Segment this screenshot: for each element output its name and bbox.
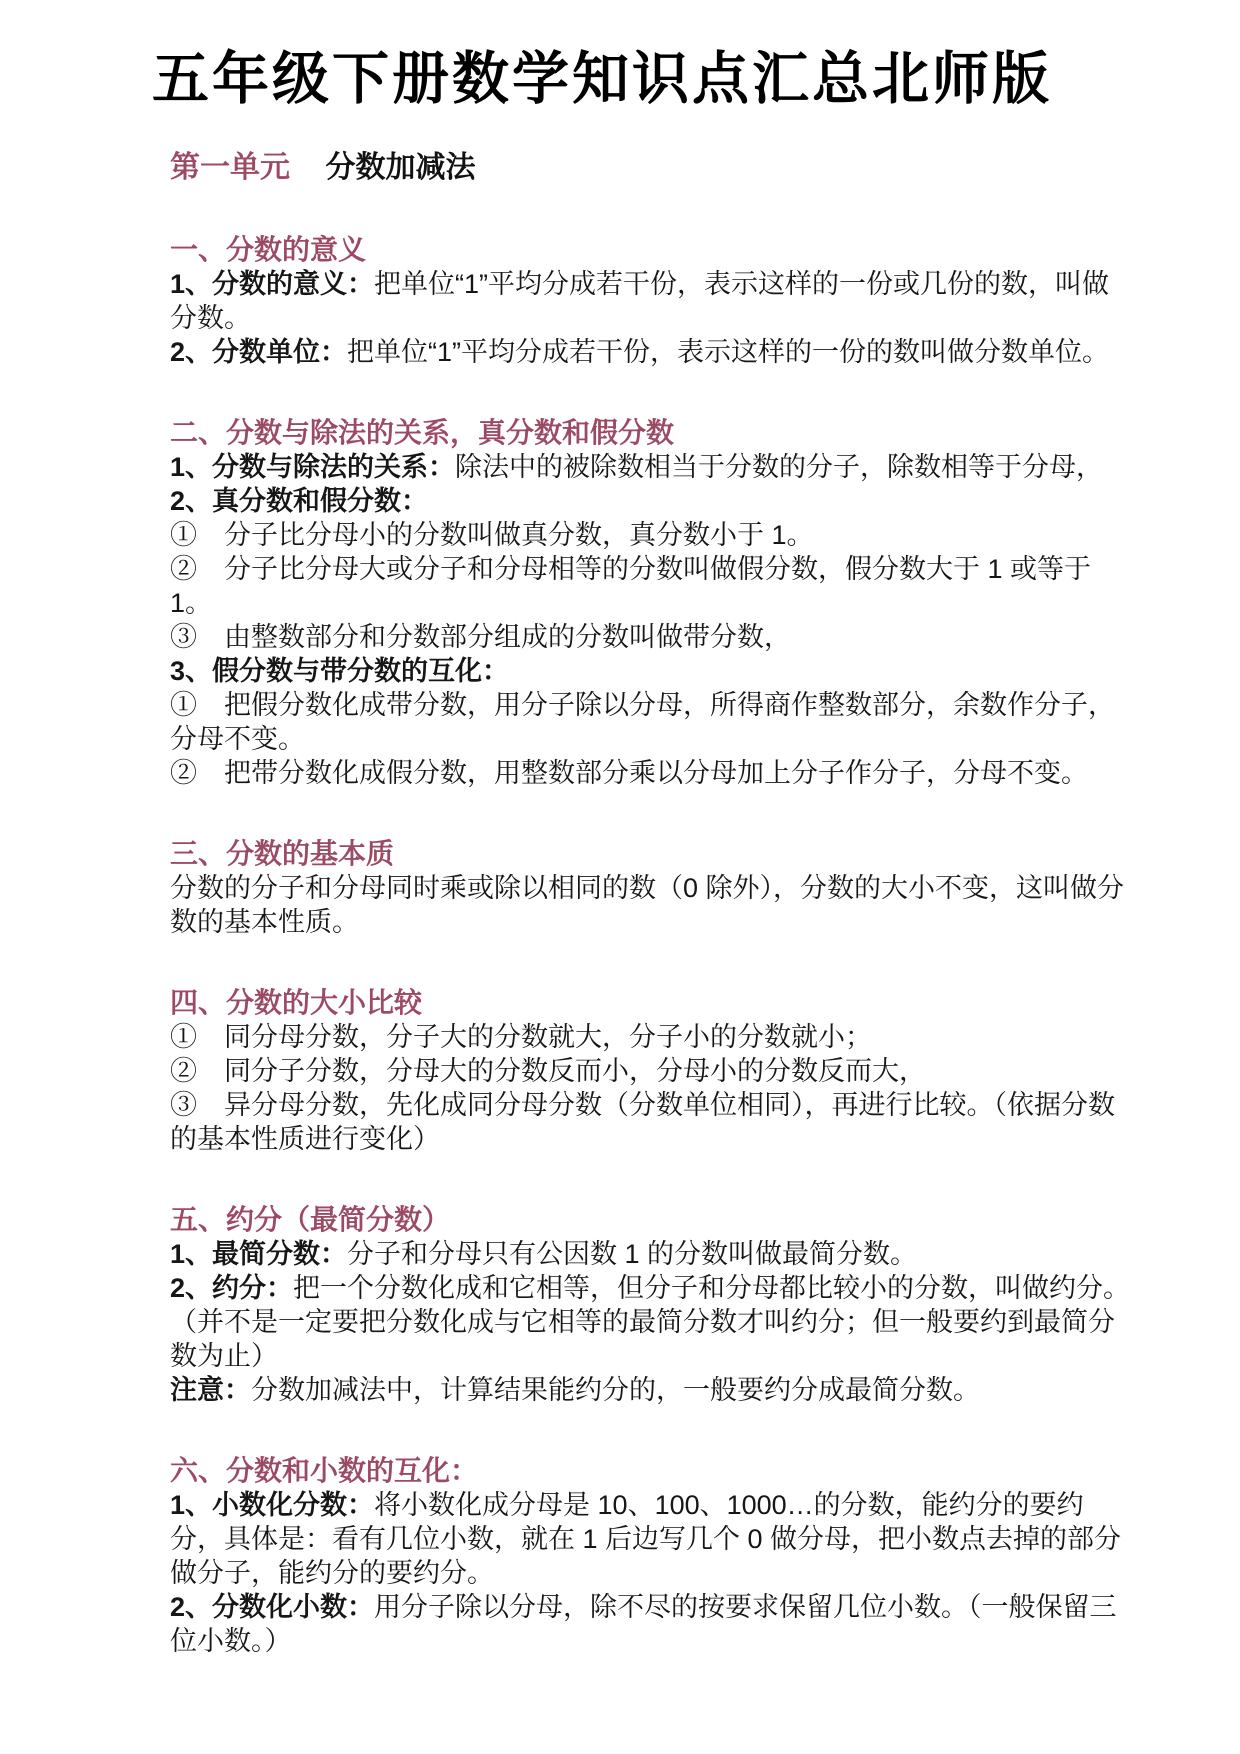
knowledge-section: 二、分数与除法的关系，真分数和假分数1、分数与除法的关系：除法中的被除数相当于分… xyxy=(170,415,1130,790)
paragraph-text: ① 分子比分母小的分数叫做真分数，真分数小于 1。 xyxy=(170,520,814,550)
paragraph-text: 把一个分数化成和它相等，但分子和分母都比较小的分数，叫做约分。 （并不是一定要把… xyxy=(170,1273,1144,1371)
paragraph-text: 除法中的被除数相当于分数的分子，除数相等于分母， xyxy=(455,452,1103,482)
paragraph-lead-bold: 1、最简分数： xyxy=(170,1239,347,1269)
paragraph: ② 同分子分数，分母大的分数反而小，分母小的分数反而大， xyxy=(170,1054,1130,1088)
knowledge-section: 三、分数的基本质分数的分子和分母同时乘或除以相同的数（0 除外），分数的大小不变… xyxy=(170,836,1130,939)
paragraph: 分数的分子和分母同时乘或除以相同的数（0 除外），分数的大小不变，这叫做分数的基… xyxy=(170,871,1130,939)
unit-name: 分数加减法 xyxy=(326,151,476,184)
paragraph-lead-bold: 1、分数与除法的关系： xyxy=(170,452,455,482)
paragraph-lead-bold: 2、真分数和假分数： xyxy=(170,486,428,516)
paragraph: ① 同分母分数，分子大的分数就大，分子小的分数就小； xyxy=(170,1020,1130,1054)
paragraph: ③ 由整数部分和分数部分组成的分数叫做带分数， xyxy=(170,620,1130,654)
section-heading: 一、分数的意义 xyxy=(170,232,1130,267)
section-heading: 三、分数的基本质 xyxy=(170,836,1130,871)
paragraph: 注意：分数加减法中，计算结果能约分的，一般要约分成最简分数。 xyxy=(170,1373,1130,1407)
page-title: 五年级下册数学知识点汇总北师版 xyxy=(152,46,1130,112)
paragraph: ① 分子比分母小的分数叫做真分数，真分数小于 1。 xyxy=(170,518,1130,552)
knowledge-section: 一、分数的意义1、分数的意义：把单位“1”平均分成若干份，表示这样的一份或几份的… xyxy=(170,232,1130,369)
paragraph-lead-bold: 2、分数单位： xyxy=(170,337,347,367)
paragraph-lead-bold: 2、分数化小数： xyxy=(170,1592,374,1622)
paragraph: ② 分子比分母大或分子和分母相等的分数叫做假分数，假分数大于 1 或等于 1。 xyxy=(170,552,1130,620)
knowledge-section: 四、分数的大小比较① 同分母分数，分子大的分数就大，分子小的分数就小；② 同分子… xyxy=(170,985,1130,1156)
document-page: 五年级下册数学知识点汇总北师版 第一单元 分数加减法 一、分数的意义1、分数的意… xyxy=(0,0,1240,1658)
paragraph: 2、分数单位：把单位“1”平均分成若干份，表示这样的一份的数叫做分数单位。 xyxy=(170,335,1130,369)
paragraph: 1、小数化分数：将小数化成分母是 10、100、1000…的分数，能约分的要约分… xyxy=(170,1488,1130,1590)
section-heading: 五、约分（最简分数） xyxy=(170,1202,1130,1237)
paragraph-text: ② 同分子分数，分母大的分数反而小，分母小的分数反而大， xyxy=(170,1056,926,1086)
paragraph: 2、分数化小数：用分子除以分母，除不尽的按要求保留几位小数。（一般保留三位小数。… xyxy=(170,1590,1130,1658)
paragraph: ③ 异分母分数，先化成同分母分数（分数单位相同），再进行比较。（依据分数的基本性… xyxy=(170,1088,1130,1156)
paragraph-text: 把单位“1”平均分成若干份，表示这样的一份的数叫做分数单位。 xyxy=(347,337,1109,367)
paragraph-text: 分子和分母只有公因数 1 的分数叫做最简分数。 xyxy=(347,1239,917,1269)
paragraph-text: ③ 异分母分数，先化成同分母分数（分数单位相同），再进行比较。（依据分数的基本性… xyxy=(170,1090,1115,1154)
sections: 一、分数的意义1、分数的意义：把单位“1”平均分成若干份，表示这样的一份或几份的… xyxy=(170,232,1130,1658)
paragraph-lead-bold: 1、分数的意义： xyxy=(170,269,374,299)
paragraph: 1、分数的意义：把单位“1”平均分成若干份，表示这样的一份或几份的数，叫做分数。 xyxy=(170,267,1130,335)
paragraph-text: 分数加减法中，计算结果能约分的，一般要约分成最简分数。 xyxy=(251,1375,980,1405)
paragraph-lead-bold: 2、约分： xyxy=(170,1273,293,1303)
paragraph-text: ③ 由整数部分和分数部分组成的分数叫做带分数， xyxy=(170,622,791,652)
paragraph-text: ① 把假分数化成带分数，用分子除以分母，所得商作整数部分，余数作分子，分母不变。 xyxy=(170,690,1115,754)
paragraph-text: ② 分子比分母大或分子和分母相等的分数叫做假分数，假分数大于 1 或等于 1。 xyxy=(170,554,1091,618)
paragraph: 2、真分数和假分数： xyxy=(170,484,1130,518)
paragraph: ② 把带分数化成假分数，用整数部分乘以分母加上分子作分子，分母不变。 xyxy=(170,756,1130,790)
paragraph: 2、约分：把一个分数化成和它相等，但分子和分母都比较小的分数，叫做约分。 （并不… xyxy=(170,1271,1130,1373)
section-heading: 六、分数和小数的互化： xyxy=(170,1453,1130,1488)
paragraph-lead-bold: 注意： xyxy=(170,1375,251,1405)
paragraph-text: ① 同分母分数，分子大的分数就大，分子小的分数就小； xyxy=(170,1022,872,1052)
paragraph: 1、分数与除法的关系：除法中的被除数相当于分数的分子，除数相等于分母， xyxy=(170,450,1130,484)
knowledge-section: 五、约分（最简分数）1、最简分数：分子和分母只有公因数 1 的分数叫做最简分数。… xyxy=(170,1202,1130,1407)
paragraph-lead-bold: 1、小数化分数： xyxy=(170,1490,374,1520)
paragraph-lead-bold: 3、假分数与带分数的互化： xyxy=(170,656,509,686)
paragraph: 3、假分数与带分数的互化： xyxy=(170,654,1130,688)
knowledge-section: 六、分数和小数的互化：1、小数化分数：将小数化成分母是 10、100、1000…… xyxy=(170,1453,1130,1658)
unit-label: 第一单元 xyxy=(170,151,290,184)
paragraph-text: ② 把带分数化成假分数，用整数部分乘以分母加上分子作分子，分母不变。 xyxy=(170,758,1088,788)
unit-line: 第一单元 分数加减法 xyxy=(170,150,1130,186)
paragraph: ① 把假分数化成带分数，用分子除以分母，所得商作整数部分，余数作分子，分母不变。 xyxy=(170,688,1130,756)
section-heading: 四、分数的大小比较 xyxy=(170,985,1130,1020)
section-heading: 二、分数与除法的关系，真分数和假分数 xyxy=(170,415,1130,450)
paragraph: 1、最简分数：分子和分母只有公因数 1 的分数叫做最简分数。 xyxy=(170,1237,1130,1271)
paragraph-text: 分数的分子和分母同时乘或除以相同的数（0 除外），分数的大小不变，这叫做分数的基… xyxy=(170,873,1124,937)
